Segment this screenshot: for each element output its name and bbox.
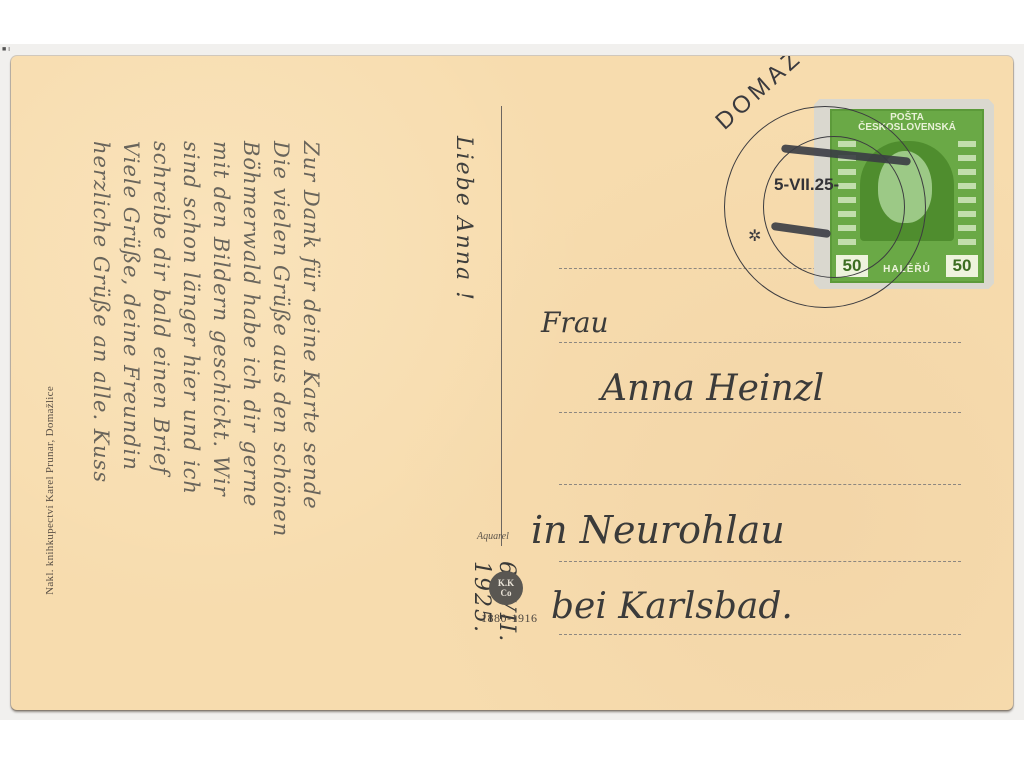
logo-line2: Co — [489, 588, 523, 598]
message-line: sind schon länger hier und ich — [176, 141, 206, 710]
aquarel-label: Aquarel — [477, 531, 509, 542]
logo-line1: K.K — [489, 578, 523, 588]
address-rule — [559, 561, 961, 562]
kk-co-logo: K.K Co — [489, 571, 523, 605]
publisher-imprint: Nakl. knihkupectví Karel Prunar, Domažli… — [44, 386, 56, 595]
postmark-town: DOMAŽ — [710, 56, 808, 136]
message-line: schreibe dir bald einen Brief — [146, 141, 176, 710]
printer-years: 1880-1916 — [481, 611, 538, 626]
message-line: mit den Bildern geschickt. Wir — [206, 141, 236, 710]
postage-stamp: POŠTA ČESKOSLOVENSKÁ 50 HALÉŘŮ 50 — [814, 99, 994, 289]
postcard: Zur Dank für deine Karte sende Die viele… — [11, 56, 1013, 710]
address-town: in Neurohlau — [531, 508, 785, 552]
stamp-currency: HALÉŘŮ — [872, 264, 942, 275]
stamp-country: POŠTA ČESKOSLOVENSKÁ — [832, 113, 982, 133]
address-rule — [559, 484, 961, 485]
corner-mark: ■ ı — [2, 46, 10, 53]
address-rule — [559, 342, 961, 343]
star-icon: ✲ — [748, 226, 761, 246]
stamp-country-name: ČESKOSLOVENSKÁ — [832, 123, 982, 133]
address-rule — [559, 634, 961, 635]
stamp-design: POŠTA ČESKOSLOVENSKÁ 50 HALÉŘŮ 50 — [830, 109, 984, 283]
stamp-value-right: 50 — [946, 255, 978, 277]
postmark-date: 5-VII.25- — [774, 175, 839, 195]
laurel-ornament-icon — [958, 141, 976, 251]
message-line: Böhmerwald habe ich dir gerne — [236, 141, 266, 710]
message-line: herzliche Grüße an alle. Kuss — [86, 141, 116, 710]
message-line: Zur Dank für deine Karte sende — [296, 141, 326, 710]
message-line: Die vielen Grüße aus den schönen — [266, 141, 296, 710]
address-name: Anna Heinzl — [601, 368, 824, 409]
address-rule — [559, 412, 961, 413]
center-divider — [501, 106, 502, 546]
address-salutation: Frau — [541, 306, 609, 339]
stamp-value-left: 50 — [836, 255, 868, 277]
handwritten-message: Zur Dank für deine Karte sende Die viele… — [11, 141, 326, 710]
message-line: Viele Grüße, deine Freundin — [116, 141, 146, 710]
address-region: bei Karlsbad. — [551, 586, 793, 627]
message-greeting: Liebe Anna ! — [451, 136, 476, 302]
